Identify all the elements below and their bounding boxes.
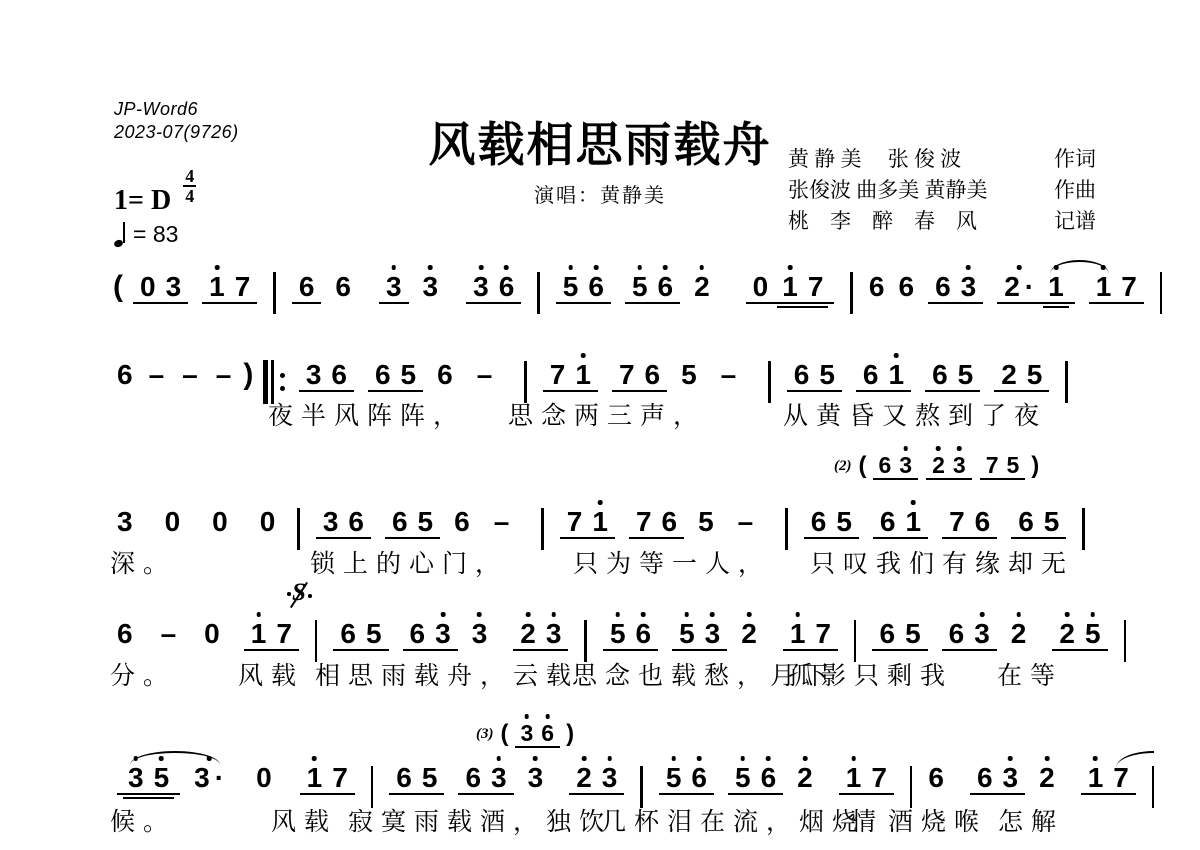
spacer <box>550 786 562 787</box>
lyric-phrase: 相思雨载舟，云载 <box>315 656 579 692</box>
note: 1 <box>888 361 904 389</box>
note: 6 <box>348 508 364 536</box>
note: 5 <box>681 361 697 389</box>
beam-group: 23 <box>569 764 624 795</box>
note: 1 <box>592 508 608 536</box>
beam-group: 017 <box>746 273 835 304</box>
spacer <box>721 530 729 531</box>
note: 3 <box>117 508 133 536</box>
rest-note: 0 <box>140 273 156 301</box>
lyric-phrase: 风载 <box>271 802 337 838</box>
lyrics-row: 分。风载相思雨载舟，云载思念也载愁，月下孤影只剩我在等 <box>0 656 1200 690</box>
credits-block: 黄 静 美 张 俊 波 作词 张俊波 曲多美 黄静美 作曲 桃 李 醉 春 风 … <box>788 144 1096 237</box>
note: 7 <box>235 273 251 301</box>
rest-note: 0 <box>165 508 181 536</box>
beam-group: 36 <box>316 508 371 539</box>
beam-group: 56 <box>625 273 680 304</box>
beam-group: 65 <box>1011 508 1066 539</box>
parenthesis: ) <box>566 720 574 748</box>
beam-group: 35 <box>117 764 180 795</box>
beam-group: 65 <box>368 361 423 392</box>
beam-group: 56 <box>556 273 611 304</box>
note: 6 <box>465 764 481 792</box>
note: 5 <box>735 764 751 792</box>
spacer <box>518 530 532 531</box>
lyric-phrase: 候。 <box>110 802 176 838</box>
note: 1 <box>905 508 921 536</box>
note: 2 <box>932 454 945 477</box>
note: 1 <box>790 620 806 648</box>
note: 5 <box>563 273 579 301</box>
note: 6 <box>636 620 652 648</box>
rest-note: 0 <box>212 508 228 536</box>
note: 6 <box>811 508 827 536</box>
note: 6 <box>879 454 892 477</box>
composer-role: 作曲 <box>1054 175 1096 206</box>
parenthesis: ( <box>859 452 867 480</box>
beam-group: 35 <box>121 764 176 792</box>
beam-group: 36 <box>466 273 521 304</box>
music-line-5: 353·01765633235656217663217候。风载寂寞雨载酒，独饮几… <box>0 764 1200 844</box>
variant-label: (3) <box>476 726 494 743</box>
beam-group: 65 <box>389 764 444 795</box>
note: 3 <box>128 764 144 792</box>
note: 3 <box>974 620 990 648</box>
lyric-phrase: 在等 <box>997 656 1063 692</box>
parenthesis: ) <box>1031 452 1039 480</box>
note: 6 <box>588 273 604 301</box>
spacer <box>187 530 205 531</box>
music-line-1: (03176633365656201766632·117 <box>0 270 1200 350</box>
note: 6 <box>117 620 133 648</box>
rest-note: 0 <box>260 508 276 536</box>
note: 5 <box>958 361 974 389</box>
barline <box>850 272 853 314</box>
note: 6 <box>117 361 133 389</box>
spacer <box>764 642 776 643</box>
note: 7 <box>276 620 292 648</box>
beam-group: 17 <box>775 273 830 301</box>
lyrics-row: 候。风载寂寞雨载酒，独饮几杯泪在流，烟烧情酒烧喉怎解 <box>0 802 1200 836</box>
repeat-dot <box>280 373 285 378</box>
note: 3 <box>491 764 507 792</box>
lyricist-role: 作词 <box>1054 144 1096 175</box>
note: 6 <box>392 508 408 536</box>
music-line-2: 6–––)36656–71765–65616525夜半风阵阵，思念两三声，从黄昏… <box>0 358 1200 438</box>
note: 3 <box>386 273 402 301</box>
dash-extension: – <box>721 359 737 391</box>
note: 1 <box>1048 273 1064 301</box>
beam-group: 17 <box>244 620 299 651</box>
note: 7 <box>550 361 566 389</box>
spacer <box>445 295 459 296</box>
note: 6 <box>898 273 914 301</box>
note: 3 <box>953 454 966 477</box>
lyric-phrase: 情 <box>851 802 884 838</box>
note: 7 <box>636 508 652 536</box>
transcriber-names: 桃 李 醉 春 风 <box>788 206 977 237</box>
note: 6 <box>541 722 554 745</box>
rest-note: 0 <box>753 273 769 301</box>
note: 5 <box>418 508 434 536</box>
notes-row: 6–017656332356532176563225 <box>110 618 1135 660</box>
note: 6 <box>935 273 951 301</box>
parenthesis: ) <box>243 358 253 392</box>
dash-extension: – <box>494 506 510 538</box>
note: 5 <box>366 620 382 648</box>
beam-group: 25 <box>994 361 1049 392</box>
note: 1 <box>1096 273 1112 301</box>
note: 6 <box>928 764 944 792</box>
note: 6 <box>977 764 993 792</box>
note: 6 <box>410 620 426 648</box>
notes-row: (03176633365656201766632·117 <box>110 270 1171 312</box>
note: 3 <box>306 361 322 389</box>
beam-group: 71 <box>543 361 598 392</box>
beam-group: 17 <box>839 764 894 795</box>
lyrics-row: 深。锁上的心门，只为等一人，只叹我们有缘却无 <box>0 544 1200 578</box>
note: 5 <box>698 508 714 536</box>
duration-dot: · <box>215 762 224 793</box>
note: 6 <box>975 508 991 536</box>
spacer <box>235 530 253 531</box>
note: 6 <box>340 620 356 648</box>
note: 6 <box>794 361 810 389</box>
note: 3 <box>705 620 721 648</box>
note: 5 <box>610 620 626 648</box>
beam-group: 63 <box>970 764 1025 795</box>
transcriber-role: 记谱 <box>1054 206 1096 237</box>
spacer <box>704 383 712 384</box>
tie-arc <box>1116 751 1154 768</box>
variant-annotation-2: (2)(632375) <box>834 452 1041 480</box>
spacer <box>231 786 249 787</box>
note: 3 <box>528 764 544 792</box>
note: 6 <box>499 273 515 301</box>
note: 1 <box>575 361 591 389</box>
beam-group: 75 <box>980 454 1026 480</box>
lyric-phrase: 怎解 <box>998 802 1064 838</box>
variant-label: (2) <box>834 458 852 475</box>
beam-group: 76 <box>612 361 667 392</box>
dash-extension: – <box>182 359 198 391</box>
note: 5 <box>836 508 852 536</box>
note: 7 <box>1121 273 1137 301</box>
beam-group: 23 <box>513 620 568 651</box>
spacer <box>745 383 759 384</box>
note: 5 <box>401 361 417 389</box>
variant-annotation-3: (3)(36) <box>476 720 576 748</box>
note: 7 <box>949 508 965 536</box>
note: 5 <box>632 273 648 301</box>
note: 1 <box>846 764 862 792</box>
lyric-phrase: 几杯泪在流，烟烧 <box>601 802 865 838</box>
note: 1 <box>209 273 225 301</box>
note: 6 <box>335 273 351 301</box>
note: 7 <box>619 361 635 389</box>
credit-row-composer: 张俊波 曲多美 黄静美 作曲 <box>788 175 1096 206</box>
beam-group: 03 <box>133 273 188 304</box>
note: 2 <box>520 620 536 648</box>
beam-group: 76 <box>942 508 997 539</box>
sheet-music-page: { "meta": { "app": "JP-Word6", "date": "… <box>0 0 1200 850</box>
dash-extension: – <box>149 359 165 391</box>
lyric-phrase: 只为等一人， <box>573 544 771 580</box>
spacer <box>140 530 158 531</box>
notes-row: 353·01765633235656217663217 <box>110 764 1163 806</box>
barline <box>1160 272 1163 314</box>
note: 5 <box>819 361 835 389</box>
note: 2 <box>1011 620 1027 648</box>
spacer <box>1062 786 1074 787</box>
dash-extension: – <box>477 359 493 391</box>
note: 5 <box>1085 620 1101 648</box>
note: 6 <box>949 620 965 648</box>
note: 7 <box>567 508 583 536</box>
beam-group: 65 <box>333 620 388 651</box>
composer-names: 张俊波 曲多美 黄静美 <box>788 175 988 206</box>
music-line-4: 6–017656332356532176563225分。风载相思雨载舟，云载思念… <box>0 618 1200 698</box>
note: 2 <box>1059 620 1075 648</box>
note: 1 <box>782 273 798 301</box>
note: 3 <box>899 454 912 477</box>
note: 2 <box>797 764 813 792</box>
beam-group: 65 <box>804 508 859 539</box>
dash-extension: – <box>216 359 232 391</box>
note: 6 <box>879 620 895 648</box>
lyric-phrase: 分。 <box>110 656 176 692</box>
spacer <box>227 642 237 643</box>
note: 3 <box>602 764 618 792</box>
note: 5 <box>154 764 170 792</box>
spacer <box>820 786 832 787</box>
note: 5 <box>905 620 921 648</box>
repeat-dots <box>280 373 285 391</box>
beam-group: 63 <box>873 454 919 480</box>
credit-row-transcriber: 桃 李 醉 春 风 记谱 <box>788 206 1096 237</box>
credit-row-lyricist: 黄 静 美 张 俊 波 作词 <box>788 144 1096 175</box>
lyric-phrase: 夜半风阵阵， <box>268 396 466 432</box>
dash-extension: – <box>161 618 177 650</box>
notes-row: 300036656–71765–65617665 <box>110 506 1094 548</box>
note: 3 <box>546 620 562 648</box>
note: 6 <box>662 508 678 536</box>
segno-icon: S <box>288 580 310 610</box>
barline <box>273 272 276 314</box>
tempo-value: = 83 <box>133 221 178 247</box>
lyric-phrase: 寂寞雨载酒，独饮 <box>348 802 612 838</box>
spacer <box>951 786 963 787</box>
lyric-phrase: 思念两三声， <box>508 396 706 432</box>
note: 2 <box>741 620 757 648</box>
lyricist-names: 黄 静 美 张 俊 波 <box>788 144 961 175</box>
note: 3 <box>323 508 339 536</box>
beam-group: 61 <box>856 361 911 392</box>
beam-group: 36 <box>515 722 561 748</box>
spacer <box>460 383 468 384</box>
rest-note: 0 <box>204 620 220 648</box>
beam-group: 17 <box>1089 273 1144 304</box>
spacer <box>501 383 515 384</box>
beam-group: 2·1 <box>997 273 1074 304</box>
tempo-marking: = 83 <box>114 219 239 249</box>
note: 6 <box>396 764 412 792</box>
note: 3 <box>1003 764 1019 792</box>
beam-group: 61 <box>873 508 928 539</box>
spacer <box>140 642 152 643</box>
beam-group: 17 <box>300 764 355 795</box>
note: 3 <box>423 273 439 301</box>
beam-group: 65 <box>787 361 842 392</box>
beam-group: 56 <box>659 764 714 795</box>
note: 2 <box>694 273 710 301</box>
spacer <box>279 786 293 787</box>
note: 6 <box>331 361 347 389</box>
quarter-note-icon <box>114 221 128 247</box>
note: 2 <box>1001 361 1017 389</box>
note: 7 <box>815 620 831 648</box>
beam-group: 76 <box>629 508 684 539</box>
beam-group: 65 <box>872 620 927 651</box>
note: 6 <box>658 273 674 301</box>
beam-group: 36 <box>299 361 354 392</box>
note: 7 <box>871 764 887 792</box>
note: 3 <box>435 620 451 648</box>
lyric-phrase: 风载 <box>238 656 304 692</box>
rest-note: 0 <box>256 764 272 792</box>
note: 7 <box>986 454 999 477</box>
note: 6 <box>761 764 777 792</box>
note: 3 <box>961 273 977 301</box>
beam-group: 63 <box>403 620 458 651</box>
beam-group: 63 <box>942 620 997 651</box>
note: 7 <box>332 764 348 792</box>
spacer <box>185 642 197 643</box>
note: 5 <box>666 764 682 792</box>
tie-arc <box>1050 260 1108 274</box>
spacer <box>358 295 372 296</box>
spacer <box>1033 642 1045 643</box>
note: 6 <box>863 361 879 389</box>
note: 6 <box>454 508 470 536</box>
beam-group: 65 <box>925 361 980 392</box>
beam-group: 17 <box>783 620 838 651</box>
note: 6 <box>645 361 661 389</box>
note: 6 <box>299 273 315 301</box>
note: 6 <box>437 361 453 389</box>
note: 3 <box>473 273 489 301</box>
beam-group: 65 <box>385 508 440 539</box>
lyric-phrase: 只叹我们有缘却无 <box>810 544 1074 580</box>
note: 6 <box>932 361 948 389</box>
spacer <box>477 530 485 531</box>
beam-group: 56 <box>603 620 658 651</box>
beam-group: 53 <box>672 620 727 651</box>
note: 3 <box>472 620 488 648</box>
note: 2· <box>1004 273 1034 301</box>
beam-group: 56 <box>728 764 783 795</box>
note: 2 <box>576 764 592 792</box>
note: 7 <box>808 273 824 301</box>
note: 3· <box>194 764 224 792</box>
spacer <box>282 530 288 531</box>
note: 5 <box>679 620 695 648</box>
spacer <box>717 295 739 296</box>
parenthesis: ( <box>113 270 123 304</box>
tie-arc <box>130 751 219 765</box>
note: 3 <box>521 722 534 745</box>
note: 5 <box>422 764 438 792</box>
beam-group: 63 <box>928 273 983 304</box>
note: 1 <box>251 620 267 648</box>
note: 6 <box>1018 508 1034 536</box>
note: 6 <box>869 273 885 301</box>
spacer <box>494 642 506 643</box>
spacer <box>762 530 776 531</box>
barline <box>537 272 540 314</box>
beam-group: 17 <box>202 273 257 304</box>
note: 7 <box>1113 764 1129 792</box>
lyrics-row: 夜半风阵阵，思念两三声，从黄昏又熬到了夜 <box>0 396 1200 430</box>
beam-group: 63 <box>458 764 513 795</box>
note: 3 <box>166 273 182 301</box>
lyric-phrase: 锁上的心门， <box>310 544 508 580</box>
note: 5 <box>1044 508 1060 536</box>
lyric-phrase: 孤影只剩我 <box>788 656 953 692</box>
repeat-dot <box>280 386 285 391</box>
music-line-3: 300036656–71765–65617665深。锁上的心门，只为等一人，只叹… <box>0 506 1200 586</box>
lyric-phrase: 从黄昏又熬到了夜 <box>783 396 1047 432</box>
note: 1 <box>307 764 323 792</box>
beam-group: 6 <box>292 273 322 304</box>
lyric-phrase: 酒烧喉 <box>888 802 987 838</box>
beam-group: 17 <box>1081 764 1136 795</box>
note: 1 <box>1088 764 1104 792</box>
duration-dot: · <box>1025 271 1034 302</box>
beam-group: 25 <box>1052 620 1107 651</box>
note: 5 <box>1006 454 1019 477</box>
beam-group: 71 <box>560 508 615 539</box>
lyric-phrase: 深。 <box>110 544 176 580</box>
note: 6 <box>691 764 707 792</box>
beam-group: 23 <box>926 454 972 480</box>
dash-extension: – <box>738 506 754 538</box>
beam-group: 1 <box>1041 273 1071 301</box>
note: 6 <box>375 361 391 389</box>
beam-group: 3 <box>379 273 409 304</box>
note: 6 <box>880 508 896 536</box>
note: 2 <box>1039 764 1055 792</box>
note: 5 <box>1027 361 1043 389</box>
parenthesis: ( <box>501 720 509 748</box>
